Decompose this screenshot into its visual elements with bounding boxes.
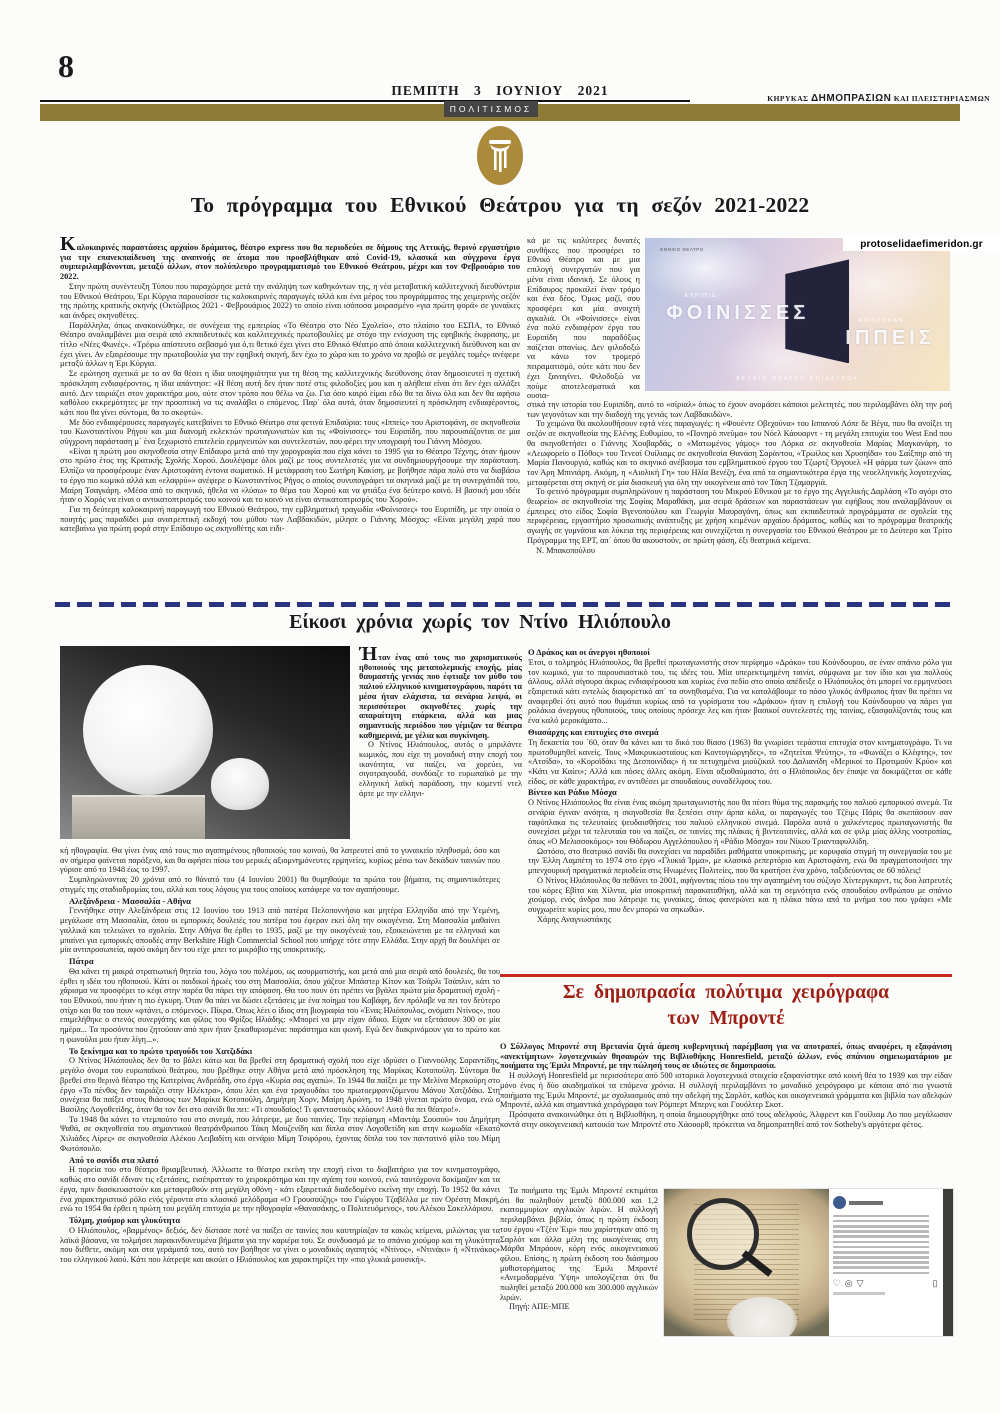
poster-author-left: ΕΥΡΙΠΙΔ-: [685, 293, 721, 299]
article2-paragraph: Ο Ντίνος Ηλιόπουλος θα πεθάνει το 2001, …: [528, 876, 952, 915]
greek-column-icon: [477, 126, 523, 185]
article1-paragraph: Σε ερώτηση σχετικά με το αν θα θέσει η ί…: [60, 369, 520, 418]
article1-paragraph: Με δύο ενδιαφέρουσες παραγωγές κατεβαίνε…: [60, 418, 520, 447]
article2-paragraph: Το 1948 θα κάνει το ντεμπούτο του στο σι…: [60, 1115, 500, 1154]
article2-paragraph: Έτσι, ο τολμηρός Ηλιόπουλος, θα βρεθεί π…: [528, 658, 952, 726]
poster-author-right: ΑΡΙΣΤΟΦΑΝ-: [859, 318, 908, 324]
article2-subhead-drakos: Ο Δράκος και οι άνεργοι ηθοποιοί: [528, 648, 952, 658]
comment-icon[interactable]: ◎: [845, 1278, 857, 1288]
article2-paragraph: Θα κάνει τη μακρά στρατιωτική θητεία του…: [60, 967, 500, 1045]
article2-subhead-patra: Πάτρα: [60, 957, 500, 967]
article2-paragraph: Ο Ηλιόπουλος, «βαμμένος» δεξιός, δεν δίσ…: [60, 1226, 500, 1265]
article3-paragraph: Η συλλογή Honresfield με περισσότερα από…: [500, 1071, 952, 1110]
article2-subhead-sanidi: Από το σανίδι στα πλατό: [60, 1156, 500, 1166]
article2-paragraph: Γεννήθηκε στην Αλεξάνδρεια στις 12 Ιουνί…: [60, 906, 500, 955]
article2-paragraph: κή ηθογραφία. Θα γίνει ένας από τους πιο…: [60, 846, 500, 875]
article3-headline-line2: των Μπροντέ: [500, 1008, 952, 1030]
article3-lead: Ο Σύλλογος Μπροντέ στη Βρετανία ζητά άμε…: [500, 1042, 952, 1071]
article2-column-a: Ήταν ένας από τους πιο χαρισματικούς ηθο…: [359, 646, 522, 846]
article2-lead: Ήταν ένας από τους πιο χαρισματικούς ηθο…: [359, 646, 522, 740]
article2-paragraph: Η πορεία του στο θέατρο θριαμβευτική. Άλ…: [60, 1165, 500, 1214]
share-icon[interactable]: ▽: [857, 1278, 868, 1288]
header-rule: [40, 100, 690, 102]
article3-narrow-column: Τα ποιήματα της Έμιλι Μπροντέ εκτιμάται …: [500, 1186, 658, 1404]
article3-headline-line1: Σε δημοπρασία πολύτιμα χειρόγραφα: [500, 982, 952, 1004]
article2-paragraph: Ο Ντίνος Ηλιόπουλος δεν θα το βάλει κάτω…: [60, 1056, 500, 1114]
gloved-hand-shape: [727, 1297, 797, 1337]
article1-paragraph: Για τη δεύτερη καλοκαιρινή παραγωγή του …: [60, 505, 520, 534]
article1-paragraph: κά με τις καλύτερες δυνατές συνθήκες που…: [527, 236, 640, 400]
photo-dresser-shape: [72, 795, 205, 839]
article1-paragraph: Το χειμώνα θα ακολουθήσουν εφτά νέες παρ…: [527, 419, 952, 487]
page-number: 8: [58, 48, 74, 85]
bronte-manuscript-image: ♡◎▽▯: [663, 1188, 954, 1337]
likes-bar: [833, 1292, 885, 1295]
article2-paragraph: Ο Ντίνος Ηλιόπουλος θα είναι ένας ακόμη …: [528, 798, 952, 847]
social-caption-panel: ♡◎▽▯: [829, 1189, 942, 1336]
article2-subhead-alexandria: Αλεξάνδρεια - Μασσαλία - Αθήνα: [60, 897, 500, 907]
dashed-divider: [55, 602, 952, 607]
article1-byline: Ν. Μπακοπούλου: [527, 546, 952, 556]
poster-title-ippeis: ΙΠΠΕΙΣ: [845, 327, 934, 350]
bookmark-icon[interactable]: ▯: [932, 1278, 937, 1289]
article1-paragraph: Στην πρώτη συνέντευξη Τύπου που παραχώρη…: [60, 282, 520, 321]
article1-paragraph: στικά την ιστορία του Ευριπίδη, αυτό το …: [527, 400, 952, 419]
logo-text-pre: ΚΗΡΥΚΑΣ: [767, 94, 811, 103]
article2-bottom-block: κή ηθογραφία. Θα γίνει ένας από τους πιο…: [60, 846, 500, 1358]
photo-balloon-shape: [83, 665, 213, 795]
article3-top-block: Ο Σύλλογος Μπροντέ στη Βρετανία ζητά άμε…: [500, 1042, 952, 1186]
social-icons-row: ♡◎▽▯: [833, 1278, 938, 1289]
article2-headline: Είκοσι χρόνια χωρίς τον Ντίνο Ηλιόπουλο: [100, 611, 860, 634]
article1-paragraph: Παράλληλα, όπως ανακοινώθηκε, σε συνέχει…: [60, 321, 520, 370]
red-divider: [500, 974, 952, 977]
article2-column-b: Ο Δράκος και οι άνεργοι ηθοποιοί Έτσι, ο…: [528, 646, 952, 988]
article1-paragraph: Το φετινό πρόγραμμα συμπληρώνουν η παράσ…: [527, 487, 952, 545]
like-icon[interactable]: ♡: [833, 1278, 845, 1288]
article2-paragraph: Τη δεκαετία του ΄60, όταν θα κάνει και τ…: [528, 738, 952, 787]
manuscript-photo: [664, 1189, 829, 1336]
poster-brand: ΕΘΝΙΚΟ ΘΕΑΤΡΟ: [660, 247, 704, 252]
article3-paragraph: Πρόσφατα ανακοινώθηκε ότι η Βιβλιοθήκη, …: [500, 1110, 952, 1129]
article1-middle-column: κά με τις καλύτερες δυνατές συνθήκες που…: [527, 236, 640, 400]
epidaurus-poster-image: ΕΘΝΙΚΟ ΘΕΑΤΡΟ 2021 ΕΥΡΙΠΙΔ- ΦΟΙΝΙΣΣΕΣ ΑΡ…: [645, 238, 950, 391]
logo-text-post: ΚΑΙ ΠΛΕΙΣΤΗΡΙΑΣΜΩΝ: [891, 94, 990, 103]
article2-paragraph: Ο Ντίνος Ηλιόπουλος, αυτός ο μπριλάντε κ…: [359, 740, 522, 798]
article2-paragraph: Ωστόσο, στο θεατρικό σανίδι θα συνεχίσει…: [528, 847, 952, 876]
username-bar: [849, 1201, 883, 1205]
issue-date: ΠΕΜΠΤΗ 3 ΙΟΥΝΙΟΥ 2021: [300, 83, 700, 99]
article2-subhead-thiasarxis: Θιασάρχης και επιτυχίες στο σινεμά: [528, 728, 952, 738]
logo-text-main: ΔΗΜΟΠΡΑΣΙΩΝ: [811, 93, 891, 104]
poster-venue: ΑΡΧΑΙΟ ΘΕΑΤΡΟ ΕΠΙΔΑΥΡΟΥ: [645, 376, 950, 382]
article1-headline: Το πρόγραμμα του Εθνικού Θεάτρου για τη …: [90, 193, 910, 218]
poster-title-foinisses: ΦΟΙΝΙΣΣΕΣ: [666, 302, 809, 325]
article1-paragraph: «Είναι η πρώτη μου σκηνοθεσία στην Επίδα…: [60, 447, 520, 505]
avatar: [833, 1196, 846, 1209]
screenshot-edge-strip: [943, 1189, 953, 1336]
article2-subhead-xekinima: Το ξεκίνημα και το πρώτο τραγούδι του Χα…: [60, 1047, 500, 1057]
article1-left-column: Καλοκαιρινές παραστάσεις αρχαίου δράματο…: [60, 236, 520, 600]
article1-lead: Καλοκαιρινές παραστάσεις αρχαίου δράματο…: [60, 236, 520, 282]
article2-subhead-video: Βίντεο και Ράδιο Μόσχα: [528, 788, 952, 798]
section-label: ΠΟΛΙΤΙΣΜΟΣ: [444, 101, 538, 117]
watermark-protoselida: protoselidaefimeridon.gr: [843, 237, 1000, 251]
article2-subhead-tolmi: Τόλμη, χιούμορ και γλυκύτητα: [60, 1216, 500, 1226]
article2-paragraph: Συμπληρώνοντας 20 χρόνια από το θάνατό τ…: [60, 875, 500, 894]
iliopoulos-photo: [60, 646, 350, 839]
article2-byline: Χάρης Αναγνωστάκης: [528, 915, 952, 925]
photo-lamp-shape: [211, 758, 269, 810]
article1-under-image-column: στικά την ιστορία του Ευριπίδη, αυτό το …: [527, 400, 952, 600]
article3-source: Πηγή: ΑΠΕ-ΜΠΕ: [500, 1302, 658, 1312]
article3-paragraph: Τα ποιήματα της Έμιλι Μπροντέ εκτιμάται …: [500, 1186, 658, 1302]
